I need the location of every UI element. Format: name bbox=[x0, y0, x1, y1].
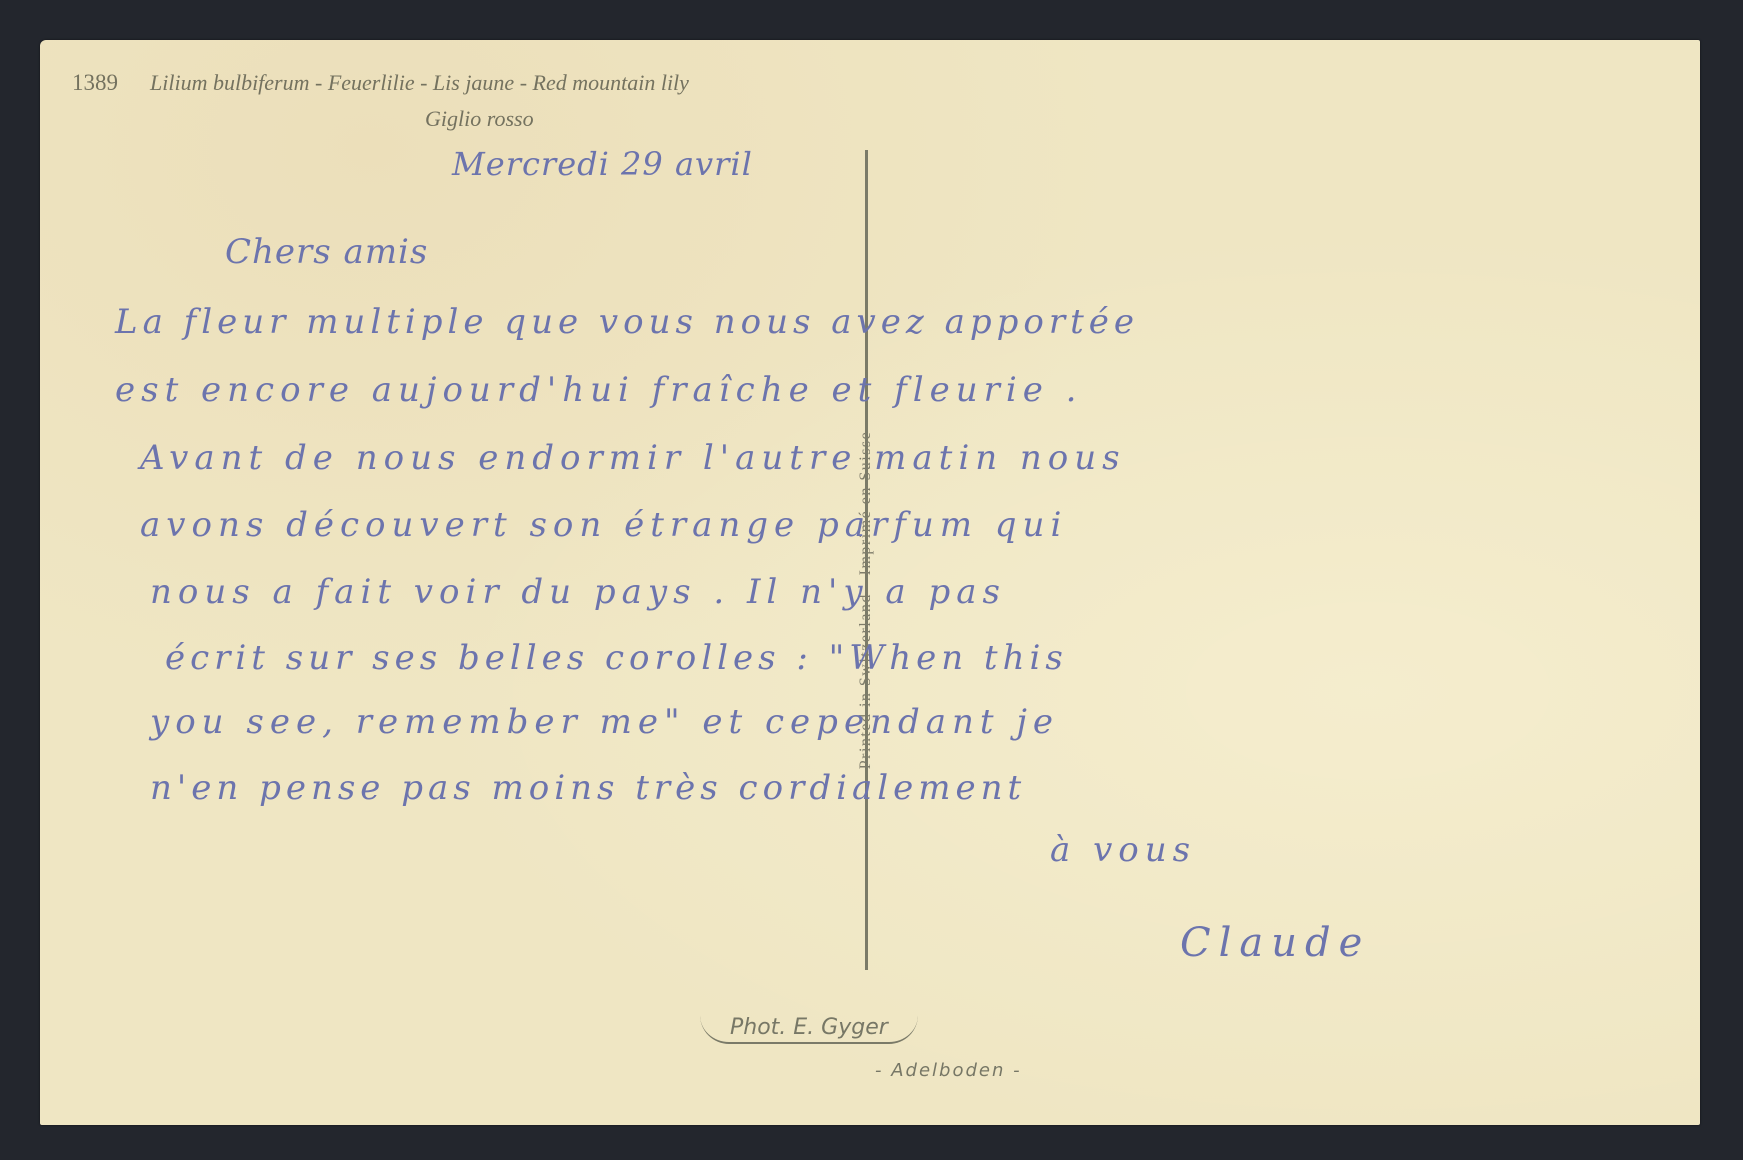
letter-line-3: Avant de nous endormir l'autre matin nou… bbox=[140, 438, 1126, 478]
letter-line-6: écrit sur ses belles corolles : "When th… bbox=[165, 638, 1068, 678]
handwritten-greeting: Chers amis bbox=[225, 232, 428, 272]
postcard-back: 1389 Lilium bulbiferum - Feuerlilie - Li… bbox=[40, 40, 1700, 1125]
photographer-stamp: Phot. E. Gyger bbox=[700, 1015, 918, 1044]
letter-line-9: à vous bbox=[1050, 830, 1196, 870]
letter-line-8: n'en pense pas moins très cordialement bbox=[150, 768, 1026, 808]
letter-line-4: avons découvert son étrange parfum qui bbox=[140, 505, 1067, 545]
letter-line-1: La fleur multiple que vous nous avez app… bbox=[115, 302, 1139, 342]
caption-line-1: Lilium bulbiferum - Feuerlilie - Lis jau… bbox=[150, 70, 689, 96]
location-stamp: - Adelboden - bbox=[875, 1060, 1022, 1081]
caption-line-2: Giglio rosso bbox=[425, 106, 534, 132]
catalog-number: 1389 bbox=[72, 70, 118, 96]
letter-line-2: est encore aujourd'hui fraîche et fleuri… bbox=[115, 370, 1082, 410]
handwritten-signature: Claude bbox=[1180, 920, 1370, 966]
handwritten-date: Mercredi 29 avril bbox=[452, 145, 753, 183]
letter-line-5: nous a fait voir du pays . Il n'y a pas bbox=[150, 572, 1006, 612]
letter-line-7: you see, remember me" et cependant je bbox=[150, 702, 1059, 742]
